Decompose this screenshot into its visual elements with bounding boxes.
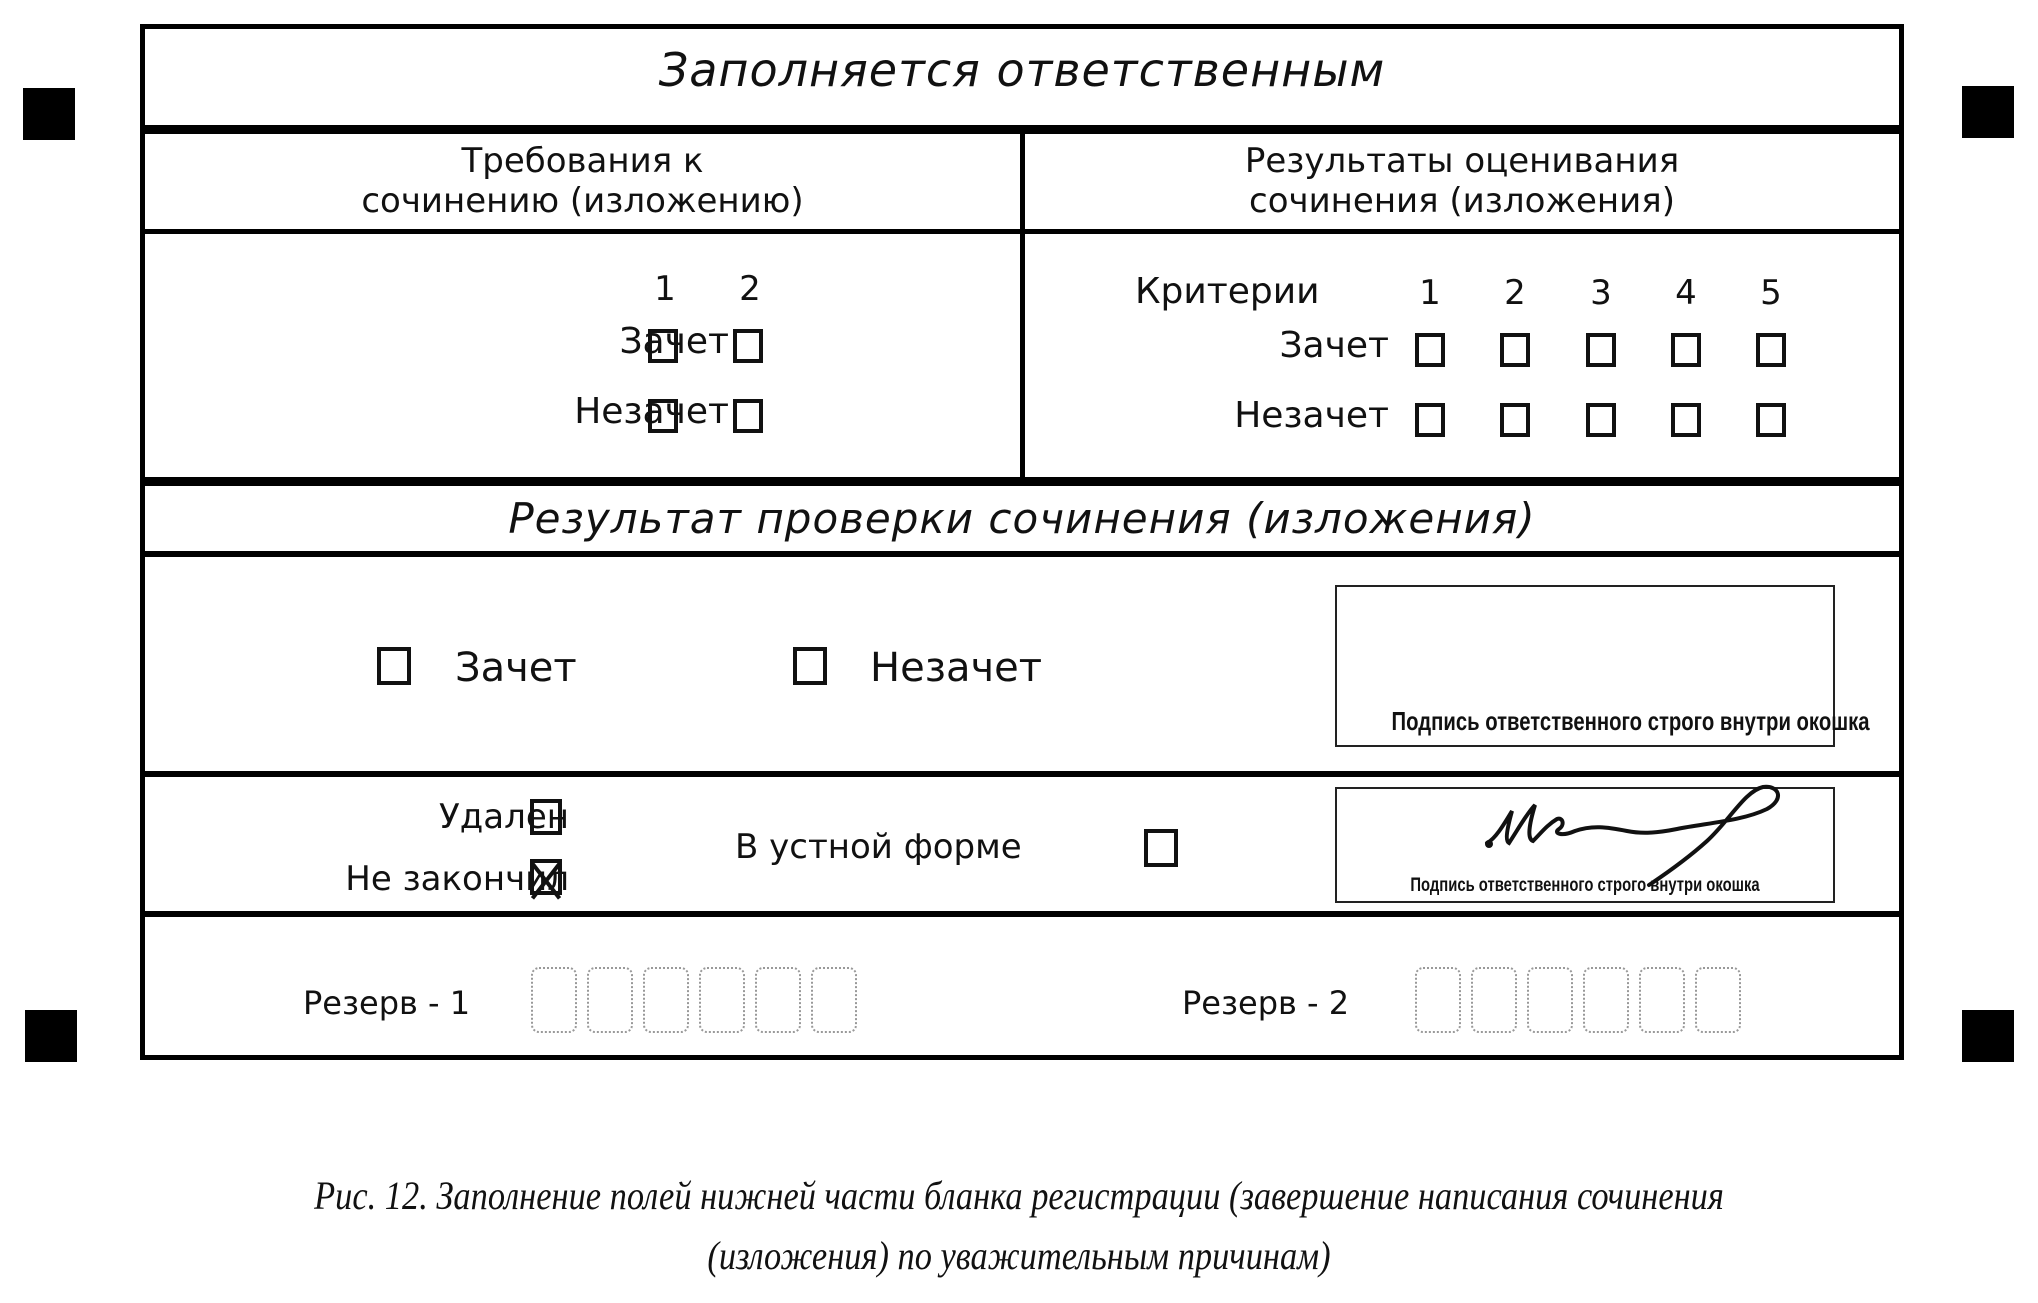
- criteria-col-5: 5: [1751, 273, 1791, 313]
- corner-marker-bottom-left: [25, 1010, 77, 1062]
- signature-caption: Подпись ответственного строго внутри око…: [1392, 875, 1779, 897]
- evaluation-fail-3-checkbox[interactable]: [1586, 403, 1616, 437]
- requirements-pass-1-checkbox[interactable]: [648, 329, 678, 363]
- reserve-2-cell[interactable]: [1471, 967, 1517, 1033]
- requirements-col-2: 2: [730, 269, 770, 309]
- criteria-col-4: 4: [1666, 273, 1706, 313]
- result-pass-label: Зачет: [455, 645, 577, 691]
- evaluation-fail-1-checkbox[interactable]: [1415, 403, 1445, 437]
- evaluation-fail-label: Незачет: [1234, 395, 1389, 436]
- reserve-1-label: Резерв - 1: [303, 984, 470, 1022]
- evaluation-pass-4-checkbox[interactable]: [1671, 333, 1701, 367]
- corner-marker-bottom-right: [1962, 1010, 2014, 1062]
- evaluation-title-line1: Результаты оценивания: [1025, 141, 1899, 181]
- reserve-1-cell[interactable]: [587, 967, 633, 1033]
- evaluation-pass-1-checkbox[interactable]: [1415, 333, 1445, 367]
- reserve-2-cell[interactable]: [1695, 967, 1741, 1033]
- corner-marker-top-right: [1962, 86, 2014, 138]
- figure-caption-line2: (изложения) по уважительным причинам): [143, 1232, 1896, 1279]
- criteria-col-2: 2: [1495, 273, 1535, 313]
- reserve-1-cell[interactable]: [811, 967, 857, 1033]
- divider: [145, 771, 1899, 777]
- requirements-fail-2-checkbox[interactable]: [733, 399, 763, 433]
- reserve-1-cell[interactable]: [531, 967, 577, 1033]
- requirements-title-line2: сочинению (изложению): [145, 181, 1020, 221]
- reserve-1-cell[interactable]: [755, 967, 801, 1033]
- result-fail-checkbox[interactable]: [793, 647, 827, 685]
- result-fail-label: Незачет: [870, 645, 1042, 691]
- criteria-label: Критерии: [1135, 271, 1320, 312]
- requirements-title: Требования к сочинению (изложению): [145, 141, 1020, 221]
- divider: [145, 551, 1899, 557]
- check-result-title: Результат проверки сочинения (изложения): [145, 494, 1899, 543]
- evaluation-title: Результаты оценивания сочинения (изложен…: [1025, 141, 1899, 221]
- reserve-2-label: Резерв - 2: [1182, 984, 1349, 1022]
- requirements-fail-1-checkbox[interactable]: [648, 399, 678, 433]
- criteria-col-3: 3: [1581, 273, 1621, 313]
- removed-checkbox[interactable]: [530, 799, 562, 835]
- signature-caption: Подпись ответственного строго внутри око…: [1392, 706, 1779, 737]
- oral-form-checkbox[interactable]: [1144, 829, 1178, 867]
- evaluation-fail-4-checkbox[interactable]: [1671, 403, 1701, 437]
- reserve-1-cell[interactable]: [699, 967, 745, 1033]
- result-pass-checkbox[interactable]: [377, 647, 411, 685]
- criteria-col-1: 1: [1410, 273, 1450, 313]
- signature-box-status[interactable]: Подпись ответственного строго внутри око…: [1335, 787, 1835, 903]
- registration-form: Заполняется ответственным Требования к с…: [140, 24, 1904, 1060]
- evaluation-pass-5-checkbox[interactable]: [1756, 333, 1786, 367]
- evaluation-fail-5-checkbox[interactable]: [1756, 403, 1786, 437]
- signature-box-result[interactable]: Подпись ответственного строго внутри око…: [1335, 585, 1835, 747]
- form-header-title: Заполняется ответственным: [145, 43, 1899, 97]
- divider: [145, 477, 1899, 486]
- evaluation-pass-label: Зачет: [1279, 325, 1389, 366]
- reserve-2-cell[interactable]: [1527, 967, 1573, 1033]
- reserve-1-cell[interactable]: [643, 967, 689, 1033]
- requirements-title-line1: Требования к: [145, 141, 1020, 181]
- corner-marker-top-left: [23, 88, 75, 140]
- figure-caption-line1: Рис. 12. Заполнение полей нижней части б…: [143, 1172, 1896, 1219]
- not-finished-checkbox[interactable]: [530, 859, 562, 895]
- requirements-col-1: 1: [645, 269, 685, 309]
- evaluation-pass-2-checkbox[interactable]: [1500, 333, 1530, 367]
- evaluation-fail-2-checkbox[interactable]: [1500, 403, 1530, 437]
- reserve-2-cell[interactable]: [1415, 967, 1461, 1033]
- evaluation-title-line2: сочинения (изложения): [1025, 181, 1899, 221]
- divider: [145, 911, 1899, 917]
- evaluation-pass-3-checkbox[interactable]: [1586, 333, 1616, 367]
- reserve-2-cell[interactable]: [1639, 967, 1685, 1033]
- requirements-pass-2-checkbox[interactable]: [733, 329, 763, 363]
- reserve-2-cell[interactable]: [1583, 967, 1629, 1033]
- oral-form-label: В устной форме: [735, 827, 1022, 867]
- divider: [145, 229, 1899, 234]
